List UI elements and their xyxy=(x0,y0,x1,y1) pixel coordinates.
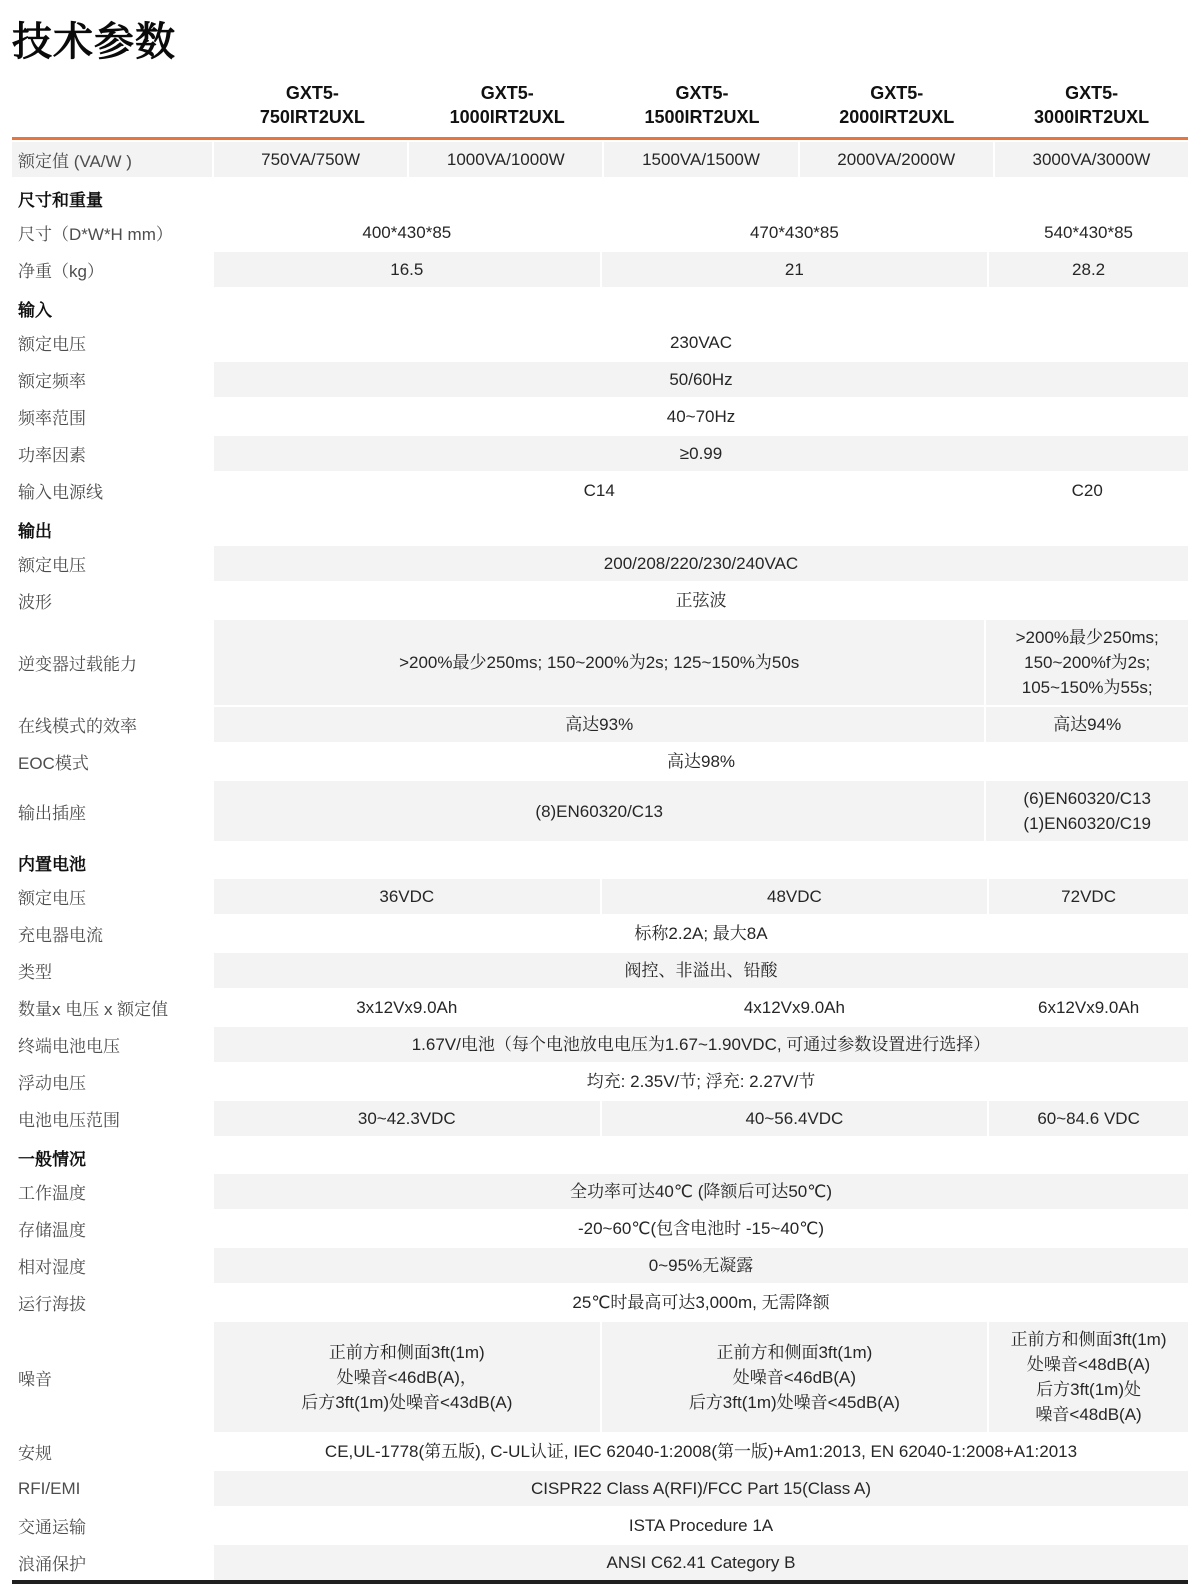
spec-label: 波形 xyxy=(12,583,212,618)
table-row: 存储温度-20~60℃(包含电池时 -15~40℃) xyxy=(12,1211,1188,1246)
section-header: 输入 xyxy=(12,289,1188,323)
spec-value: 标称2.2A; 最大8A xyxy=(214,916,1188,951)
spec-label: 尺寸（D*W*H mm） xyxy=(12,215,212,250)
spec-value: 0~95%无凝露 xyxy=(214,1248,1188,1283)
table-row: 尺寸（D*W*H mm）400*430*85470*430*85540*430*… xyxy=(12,215,1188,250)
spec-label: 电池电压范围 xyxy=(12,1101,212,1136)
table-row: 额定电压230VAC xyxy=(12,325,1188,360)
spec-label: 输出插座 xyxy=(12,781,212,841)
spec-value: 4x12Vx9.0Ah xyxy=(602,990,988,1025)
table-row: 额定电压36VDC48VDC72VDC xyxy=(12,879,1188,914)
section-header: 内置电池 xyxy=(12,843,1188,877)
spec-label: 交通运输 xyxy=(12,1508,212,1543)
table-row: 工作温度全功率可达40℃ (降额后可达50℃) xyxy=(12,1174,1188,1209)
spec-value: 3x12Vx9.0Ah xyxy=(214,990,600,1025)
spec-value: 1000VA/1000W xyxy=(409,142,602,177)
spec-table-body: 额定值 (VA/W )750VA/750W1000VA/1000W1500VA/… xyxy=(12,140,1188,1584)
spec-label: 安规 xyxy=(12,1434,212,1469)
spec-value: 40~56.4VDC xyxy=(602,1101,988,1136)
table-row: 噪音正前方和侧面3ft(1m) 处噪音<46dB(A)， 后方3ft(1m)处噪… xyxy=(12,1322,1188,1432)
spec-value: 1500VA/1500W xyxy=(604,142,797,177)
spec-label: 额定电压 xyxy=(12,546,212,581)
spec-value: 3000VA/3000W xyxy=(995,142,1188,177)
product-header-row: GXT5- 750IRT2UXLGXT5- 1000IRT2UXLGXT5- 1… xyxy=(12,81,1188,140)
spec-value: 470*430*85 xyxy=(602,215,988,250)
table-row: 输入电源线C14C20 xyxy=(12,473,1188,508)
spec-value: C14 xyxy=(214,473,984,508)
table-row: 类型阀控、非溢出、铅酸 xyxy=(12,953,1188,988)
spec-value: 28.2 xyxy=(989,252,1188,287)
spec-value: (6)EN60320/C13 (1)EN60320/C19 xyxy=(986,781,1188,841)
spec-value: 36VDC xyxy=(214,879,600,914)
table-row: RFI/EMICISPR22 Class A(RFI)/FCC Part 15(… xyxy=(12,1471,1188,1506)
spec-label: 净重（kg） xyxy=(12,252,212,287)
spec-value: 6x12Vx9.0Ah xyxy=(989,990,1188,1025)
table-row: 充电器电流标称2.2A; 最大8A xyxy=(12,916,1188,951)
table-row: 频率范围40~70Hz xyxy=(12,399,1188,434)
spec-value: 高达93% xyxy=(214,707,984,742)
product-column-header: GXT5- 1500IRT2UXL xyxy=(606,81,799,129)
spec-value: 正弦波 xyxy=(214,583,1188,618)
spec-label: 存储温度 xyxy=(12,1211,212,1246)
table-row: 电池电压范围30~42.3VDC40~56.4VDC60~84.6 VDC xyxy=(12,1101,1188,1136)
spec-value: 48VDC xyxy=(602,879,988,914)
spec-value: 高达98% xyxy=(214,744,1188,779)
product-column-header: GXT5- 1000IRT2UXL xyxy=(411,81,604,129)
spec-value: >200%最少250ms; 150~200%f为2s; 105~150%为55s… xyxy=(986,620,1188,705)
spec-value: 高达94% xyxy=(986,707,1188,742)
spec-value: 均充: 2.35V/节; 浮充: 2.27V/节 xyxy=(214,1064,1188,1099)
spec-label: 工作温度 xyxy=(12,1174,212,1209)
table-row: 浪涌保护ANSI C62.41 Category B xyxy=(12,1545,1188,1580)
spec-label: 相对湿度 xyxy=(12,1248,212,1283)
spec-value: ANSI C62.41 Category B xyxy=(214,1545,1188,1580)
table-row: 数量x 电压 x 额定值3x12Vx9.0Ah4x12Vx9.0Ah6x12Vx… xyxy=(12,990,1188,1025)
section-header: 尺寸和重量 xyxy=(12,179,1188,213)
spec-value: >200%最少250ms; 150~200%为2s; 125~150%为50s xyxy=(214,620,984,705)
spec-label: 输入电源线 xyxy=(12,473,212,508)
table-row: 额定频率50/60Hz xyxy=(12,362,1188,397)
table-row: 终端电池电压1.67V/电池（每个电池放电电压为1.67~1.90VDC, 可通… xyxy=(12,1027,1188,1062)
spec-label: 数量x 电压 x 额定值 xyxy=(12,990,212,1025)
spec-value: 230VAC xyxy=(214,325,1188,360)
spec-label: 浮动电压 xyxy=(12,1064,212,1099)
spec-value: 正前方和侧面3ft(1m) 处噪音<46dB(A) 后方3ft(1m)处噪音<4… xyxy=(602,1322,988,1432)
product-column-header: GXT5- 750IRT2UXL xyxy=(216,81,409,129)
spec-value: 30~42.3VDC xyxy=(214,1101,600,1136)
table-row: EOC模式高达98% xyxy=(12,744,1188,779)
spec-label: 在线模式的效率 xyxy=(12,707,212,742)
spec-value: 2000VA/2000W xyxy=(800,142,993,177)
spec-value: (8)EN60320/C13 xyxy=(214,781,984,841)
spec-value: -20~60℃(包含电池时 -15~40℃) xyxy=(214,1211,1188,1246)
spec-value: 全功率可达40℃ (降额后可达50℃) xyxy=(214,1174,1188,1209)
spec-value: 25℃时最高可达3,000m, 无需降额 xyxy=(214,1285,1188,1320)
table-row: 逆变器过载能力>200%最少250ms; 150~200%为2s; 125~15… xyxy=(12,620,1188,705)
table-row: 浮动电压均充: 2.35V/节; 浮充: 2.27V/节 xyxy=(12,1064,1188,1099)
spec-label: EOC模式 xyxy=(12,744,212,779)
spec-value: 正前方和侧面3ft(1m) 处噪音<46dB(A)， 后方3ft(1m)处噪音<… xyxy=(214,1322,600,1432)
table-row: 功率因素≥0.99 xyxy=(12,436,1188,471)
spec-label: 额定电压 xyxy=(12,879,212,914)
spec-sheet-page: 技术参数 GXT5- 750IRT2UXLGXT5- 1000IRT2UXLGX… xyxy=(0,0,1200,1584)
spec-value: ISTA Procedure 1A xyxy=(214,1508,1188,1543)
spec-value: 540*430*85 xyxy=(989,215,1188,250)
spec-value: 21 xyxy=(602,252,988,287)
spec-value: 60~84.6 VDC xyxy=(989,1101,1188,1136)
spec-value: 750VA/750W xyxy=(214,142,407,177)
spec-label: 逆变器过载能力 xyxy=(12,620,212,705)
table-row: 波形正弦波 xyxy=(12,583,1188,618)
table-row: 运行海拔25℃时最高可达3,000m, 无需降额 xyxy=(12,1285,1188,1320)
section-header: 一般情况 xyxy=(12,1138,1188,1172)
spec-value: 16.5 xyxy=(214,252,600,287)
spec-value: 正前方和侧面3ft(1m) 处噪音<48dB(A) 后方3ft(1m)处 噪音<… xyxy=(989,1322,1188,1432)
spec-label: 类型 xyxy=(12,953,212,988)
table-row: 输出插座(8)EN60320/C13(6)EN60320/C13 (1)EN60… xyxy=(12,781,1188,841)
spec-label: 功率因素 xyxy=(12,436,212,471)
spec-value: 1.67V/电池（每个电池放电电压为1.67~1.90VDC, 可通过参数设置进… xyxy=(214,1027,1188,1062)
spec-label: 终端电池电压 xyxy=(12,1027,212,1062)
table-row: 相对湿度0~95%无凝露 xyxy=(12,1248,1188,1283)
spec-label: 噪音 xyxy=(12,1322,212,1432)
spec-value: C20 xyxy=(986,473,1188,508)
section-header: 输出 xyxy=(12,510,1188,544)
spec-value: 200/208/220/230/240VAC xyxy=(214,546,1188,581)
table-row: 额定值 (VA/W )750VA/750W1000VA/1000W1500VA/… xyxy=(12,142,1188,177)
spec-label: 频率范围 xyxy=(12,399,212,434)
spec-label: 充电器电流 xyxy=(12,916,212,951)
table-row: 额定电压200/208/220/230/240VAC xyxy=(12,546,1188,581)
spec-value: ≥0.99 xyxy=(214,436,1188,471)
table-row: 在线模式的效率高达93%高达94% xyxy=(12,707,1188,742)
table-row: 安规CE,UL-1778(第五版), C-UL认证, IEC 62040-1:2… xyxy=(12,1434,1188,1469)
spec-value: CISPR22 Class A(RFI)/FCC Part 15(Class A… xyxy=(214,1471,1188,1506)
spec-value: CE,UL-1778(第五版), C-UL认证, IEC 62040-1:200… xyxy=(214,1434,1188,1469)
product-column-header: GXT5- 3000IRT2UXL xyxy=(995,81,1188,129)
spec-value: 400*430*85 xyxy=(214,215,600,250)
spec-value: 72VDC xyxy=(989,879,1188,914)
table-row: 交通运输ISTA Procedure 1A xyxy=(12,1508,1188,1543)
table-row: 净重（kg）16.52128.2 xyxy=(12,252,1188,287)
spec-label: 额定值 (VA/W ) xyxy=(12,142,212,177)
product-column-header: GXT5- 2000IRT2UXL xyxy=(800,81,993,129)
spec-label: 额定电压 xyxy=(12,325,212,360)
spec-value: 阀控、非溢出、铅酸 xyxy=(214,953,1188,988)
spec-value: 50/60Hz xyxy=(214,362,1188,397)
spec-label: 额定频率 xyxy=(12,362,212,397)
spec-label: RFI/EMI xyxy=(12,1471,212,1506)
spec-label: 浪涌保护 xyxy=(12,1545,212,1580)
spec-value: 40~70Hz xyxy=(214,399,1188,434)
page-title: 技术参数 xyxy=(12,10,1188,67)
spec-label: 运行海拔 xyxy=(12,1285,212,1320)
